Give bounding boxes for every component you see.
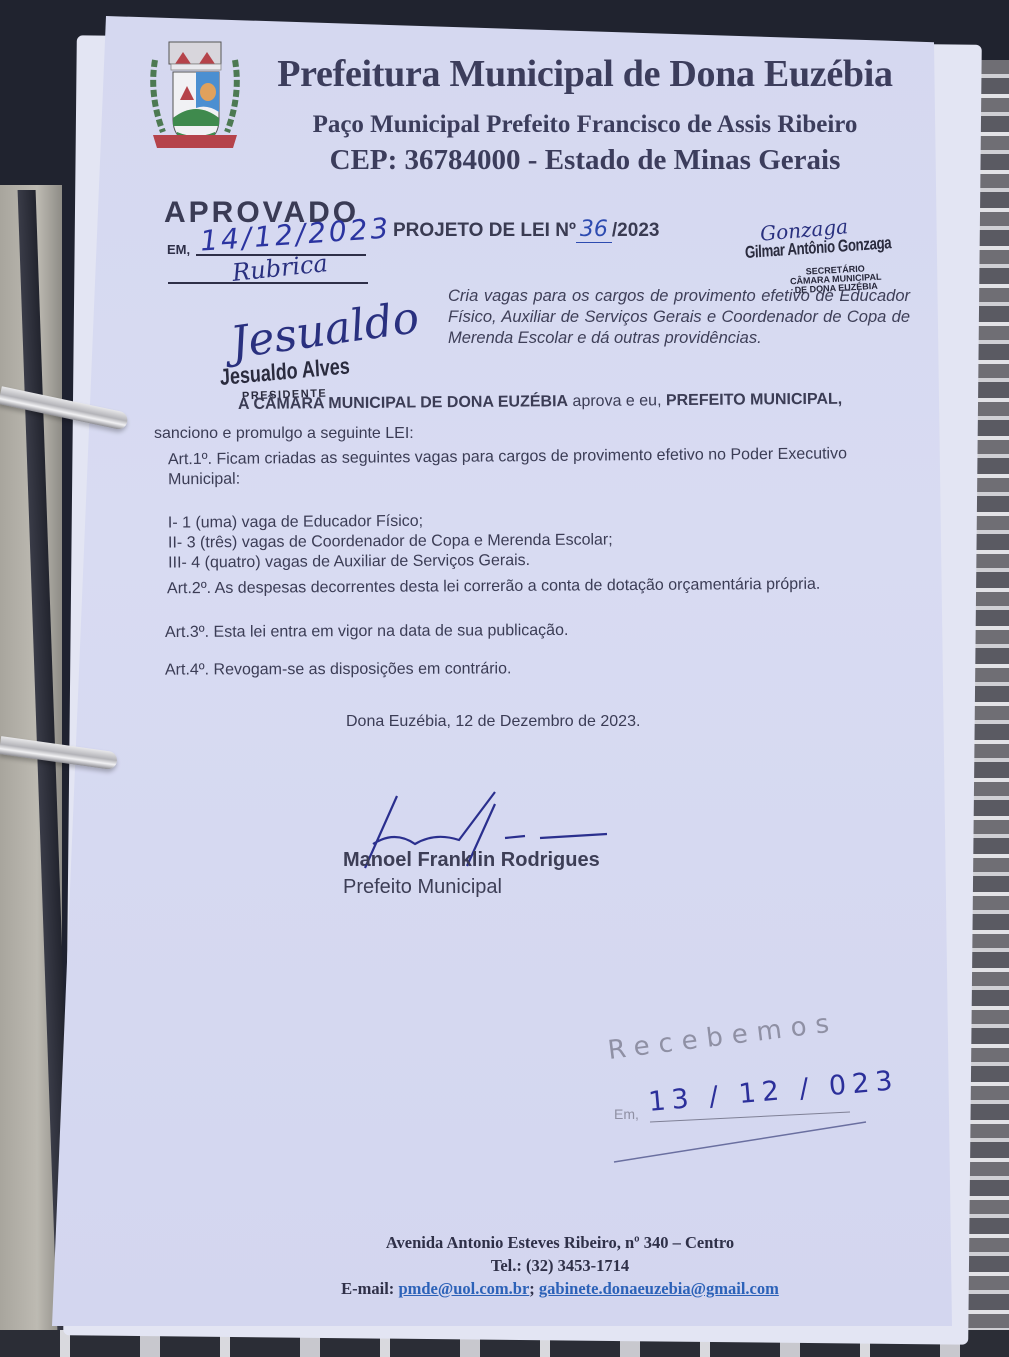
article-4: Art.4º. Revogam-se as disposições em con… <box>165 659 512 680</box>
article-3: Art.3º. Esta lei entra em vigor na data … <box>165 621 569 643</box>
article-1: Art.1º. Ficam criadas as seguintes vagas… <box>168 444 918 491</box>
bill-number: 36 <box>576 217 612 243</box>
bill-heading-prefix: PROJETO DE LEI Nº <box>393 220 576 241</box>
mayor-name: Manoel Franklin Rodrigues <box>343 849 600 872</box>
place-and-date: Dona Euzébia, 12 de Dezembro de 2023. <box>346 712 640 732</box>
letterhead-subtitle: Paço Municipal Prefeito Francisco de Ass… <box>240 111 930 139</box>
footer-email-separator: ; <box>529 1279 539 1298</box>
letterhead-cep: CEP: 36784000 - Estado de Minas Gerais <box>240 144 930 177</box>
article-item: II- 3 (três) vagas de Coordenador de Cop… <box>168 530 613 553</box>
approval-signature-line <box>168 282 368 284</box>
footer-address: Avenida Antonio Esteves Ribeiro, nº 340 … <box>290 1233 830 1253</box>
coat-of-arms-icon <box>147 40 243 155</box>
footer-phone: Tel.: (32) 3453-1714 <box>290 1256 830 1276</box>
article-item: III- 4 (quatro) vagas de Auxiliar de Ser… <box>168 550 613 573</box>
footer-email: E-mail: pmde@uol.com.br; gabinete.donaeu… <box>290 1279 830 1299</box>
footer-email-label: E-mail: <box>341 1279 398 1298</box>
letterhead-title: Prefeitura Municipal de Dona Euzébia <box>240 52 930 96</box>
received-stamp-lines <box>610 1100 870 1170</box>
approval-stamp-em-label: EM, <box>167 242 190 257</box>
chamber-name: A CÂMARA MUNICIPAL DE DONA EUZÉBIA <box>238 393 568 413</box>
bill-heading: PROJETO DE LEI Nº36/2023 <box>393 217 659 242</box>
enactment-clause-continued: sanciono e promulgo a seguinte LEI: <box>154 424 414 444</box>
bill-summary: Cria vagas para os cargos de provimento … <box>448 286 910 349</box>
email-link-uol[interactable]: pmde@uol.com.br <box>398 1279 529 1298</box>
article-1-items: I- 1 (uma) vaga de Educador Físico; II- … <box>168 510 613 573</box>
email-link-gmail[interactable]: gabinete.donaeuzebia@gmail.com <box>539 1279 779 1298</box>
mayor-title: PREFEITO MUNICIPAL, <box>666 391 842 410</box>
bill-heading-suffix: /2023 <box>612 220 660 241</box>
enactment-text: aprova e eu, <box>568 392 666 410</box>
mayor-role: Prefeito Municipal <box>343 876 502 899</box>
